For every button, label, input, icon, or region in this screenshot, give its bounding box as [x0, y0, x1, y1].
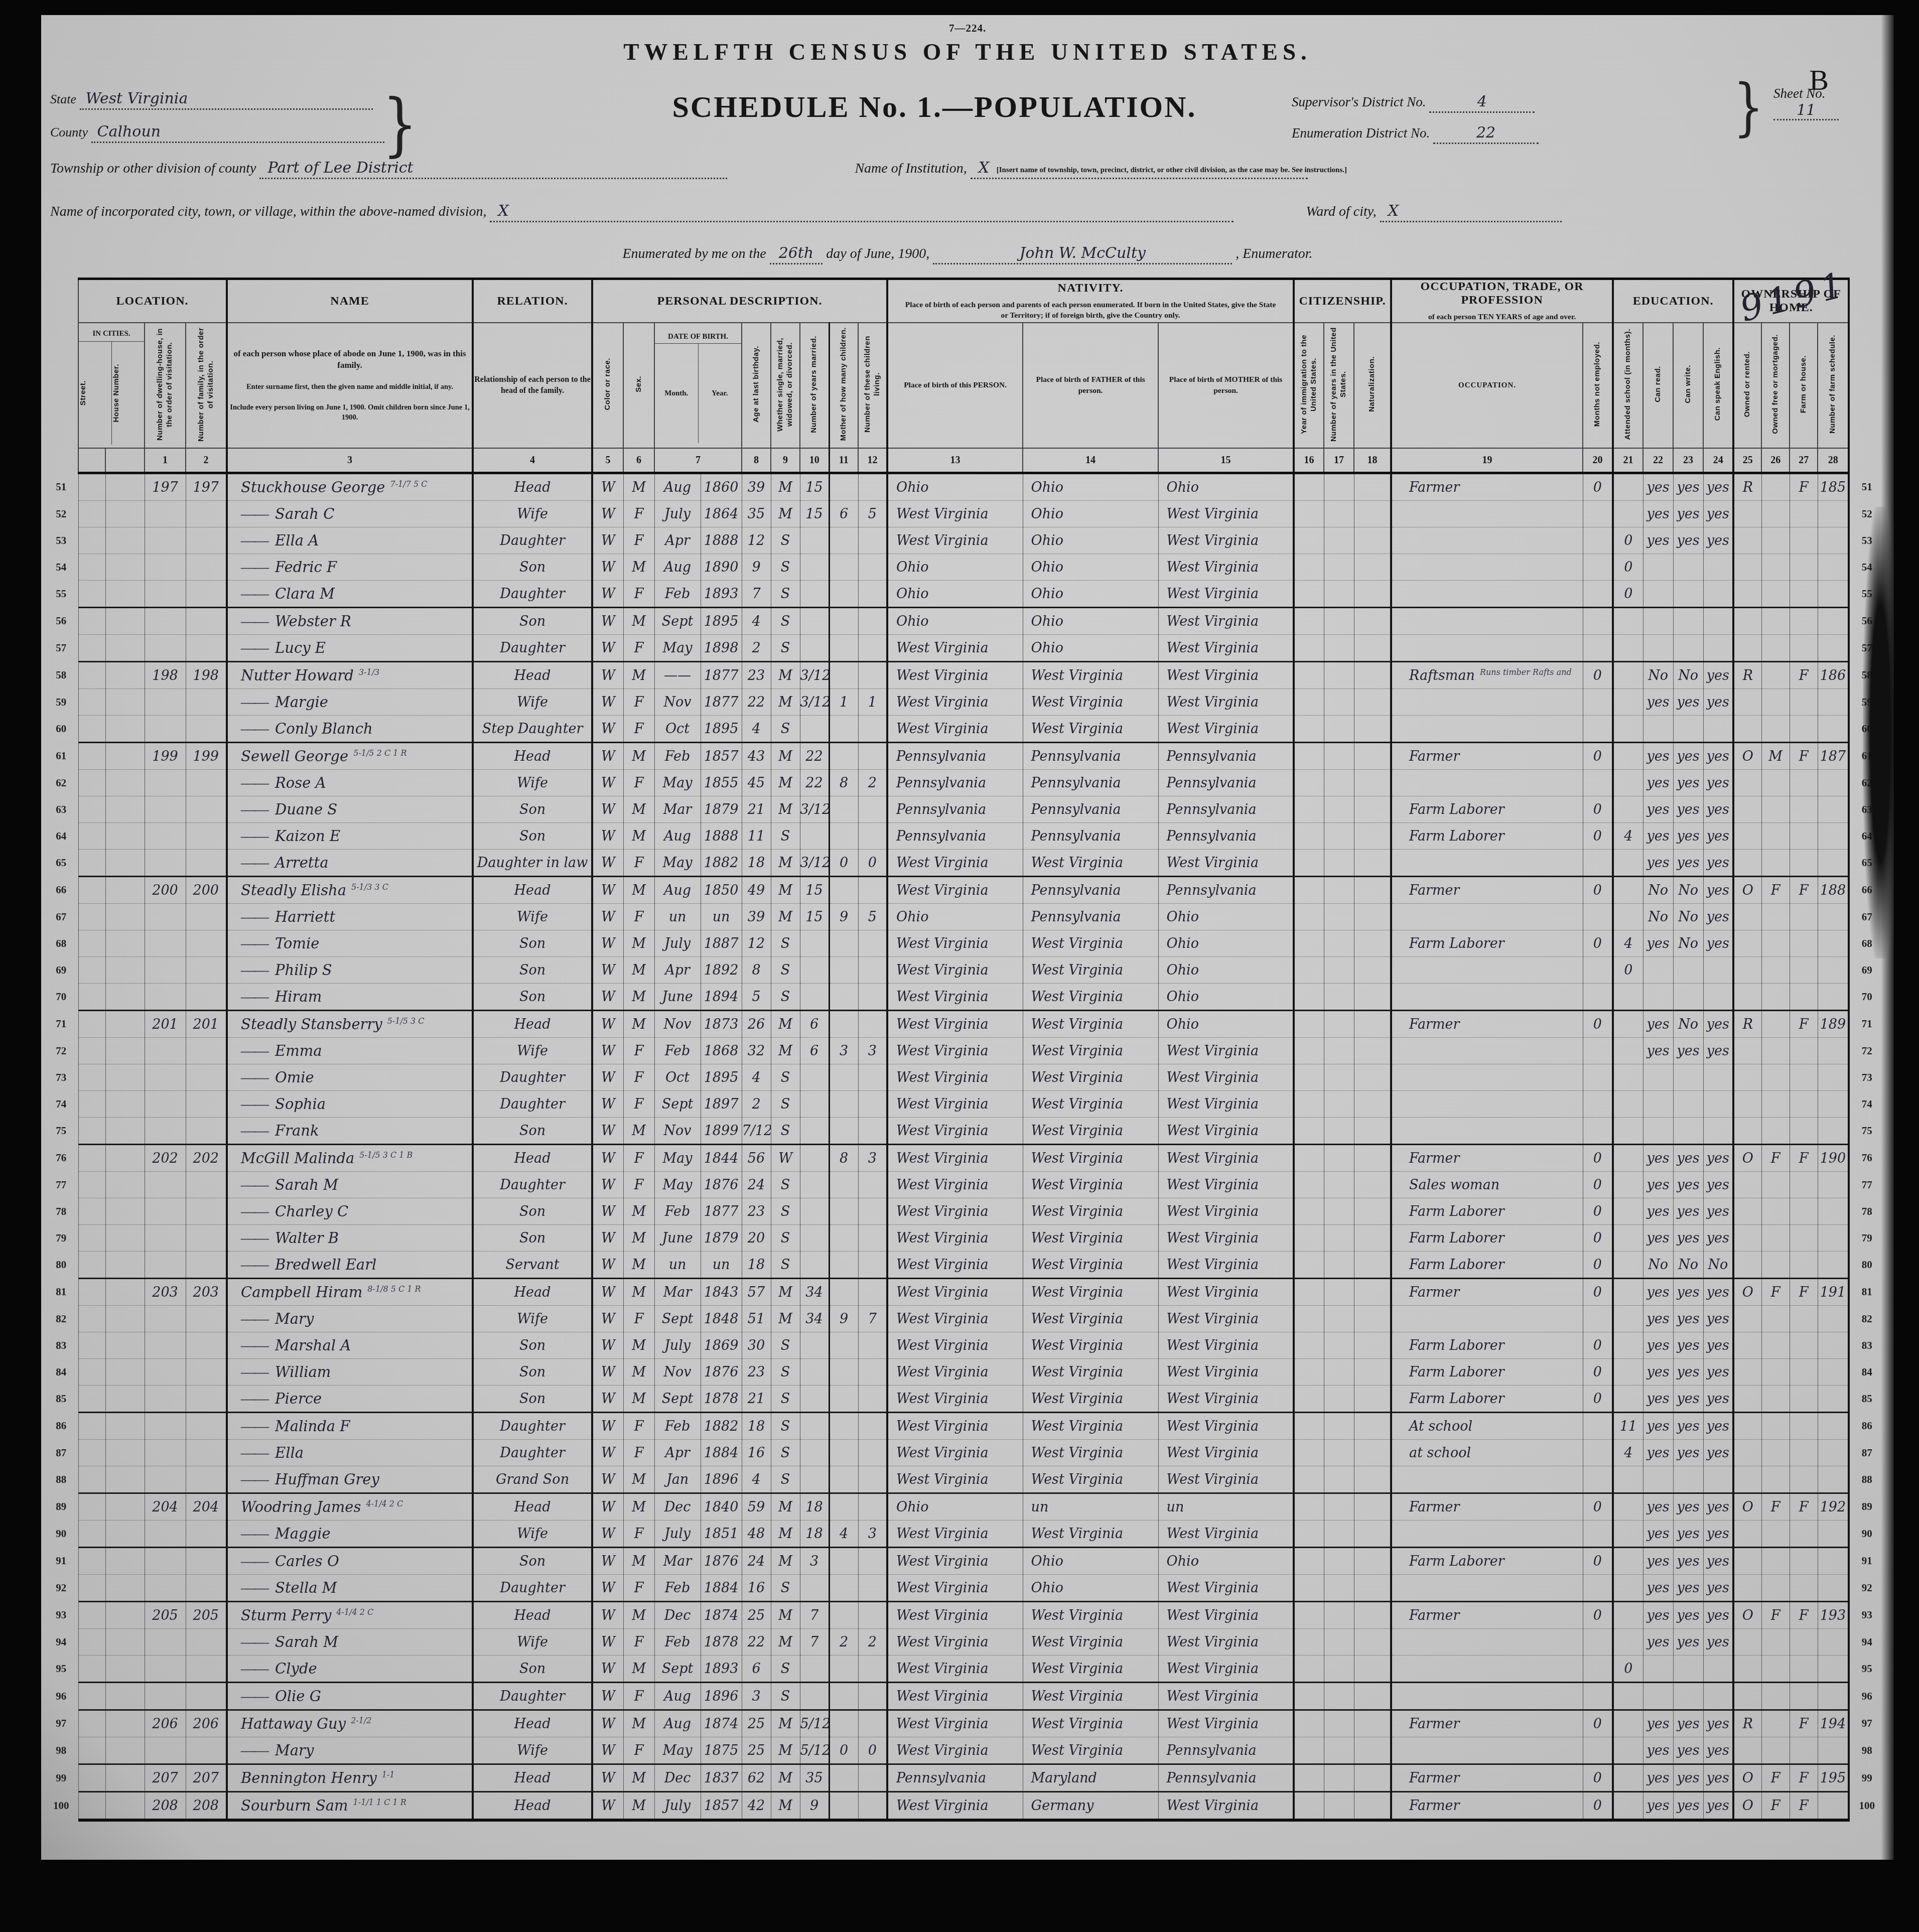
cell-o4 — [1818, 716, 1849, 743]
cell-yu — [1324, 1466, 1354, 1493]
cell-p3: West Virginia — [1158, 689, 1294, 716]
cell-wr: No — [1673, 930, 1703, 957]
cell-o1: O — [1733, 743, 1761, 770]
cell-ho — [105, 904, 145, 930]
cell-ho — [105, 1252, 145, 1279]
cell-lv — [858, 1764, 887, 1792]
cell-st — [78, 581, 105, 608]
cell-yr: 1876 — [701, 1548, 742, 1575]
cell-value: yes — [1707, 1716, 1729, 1732]
line-number: 71 — [44, 1011, 78, 1038]
cell-sc — [1613, 1466, 1643, 1493]
cell-value: S — [781, 721, 790, 737]
cell-dw — [145, 1521, 186, 1548]
cell-ch — [829, 1359, 858, 1386]
cell-p2: West Virginia — [1023, 1306, 1158, 1332]
cell-value: 1895 — [704, 614, 739, 629]
cell-value: yes — [1647, 1311, 1670, 1327]
cell-fm — [186, 1413, 227, 1440]
county-value: Calhoun — [91, 123, 384, 143]
cell-o3 — [1790, 984, 1818, 1011]
cell-o1 — [1733, 850, 1761, 877]
cell-mo: Feb — [654, 1575, 701, 1602]
cell-c: W — [592, 1521, 623, 1548]
cell-rl: Daughter — [473, 1683, 592, 1710]
cell-value: M — [632, 1204, 646, 1219]
cell-o1: O — [1733, 1602, 1761, 1629]
census-row: 76202202McGill Malinda5-1/5 3 C 1 BHeadW… — [44, 1145, 1884, 1172]
cell-value: 3 — [868, 1151, 877, 1166]
cell-rl: Daughter — [473, 527, 592, 554]
cell-value: 62 — [748, 1770, 765, 1786]
cell-s: F — [623, 1737, 654, 1764]
cell-o1 — [1733, 957, 1761, 984]
cell-oc: Farm Laborer — [1391, 1332, 1583, 1359]
cell-na — [1354, 930, 1391, 957]
person-name: Sourburn Sam — [241, 1797, 348, 1814]
cell-value: M — [778, 1798, 792, 1814]
cell-dw — [145, 930, 186, 957]
occupation-value: Farm Laborer — [1409, 1554, 1504, 1569]
cell-value: Oct — [665, 721, 690, 737]
cell-sc — [1613, 1091, 1643, 1118]
cell-fm — [186, 1655, 227, 1683]
cell-oc: Farm Laborer — [1391, 1359, 1583, 1386]
cell-im — [1294, 1198, 1324, 1225]
cell-p2: un — [1023, 1493, 1158, 1521]
cell-o4 — [1818, 1359, 1849, 1386]
cell-rd: yes — [1643, 1332, 1673, 1359]
cell-st — [78, 1359, 105, 1386]
cell-value: May — [663, 1177, 693, 1193]
cell-p2: West Virginia — [1023, 1655, 1158, 1683]
line-number-gutter — [44, 279, 78, 473]
cell-ho — [105, 1225, 145, 1252]
line-number: 82 — [1849, 1306, 1884, 1332]
cell-value: M — [778, 1043, 792, 1059]
cell-value: 0 — [1593, 1338, 1602, 1353]
person-name: Sturm Perry — [241, 1607, 331, 1624]
cell-p1: Ohio — [887, 608, 1023, 635]
cell-mu — [1583, 1466, 1613, 1493]
cell-p3: West Virginia — [1158, 1575, 1294, 1602]
cell-value: yes — [1707, 1043, 1729, 1059]
cell-mo: July — [654, 1332, 701, 1359]
cell-p1: West Virginia — [887, 716, 1023, 743]
cell-dw: 205 — [145, 1602, 186, 1629]
cell-value: 1884 — [704, 1445, 739, 1461]
cell-value: Son — [519, 1230, 545, 1246]
cell-value: yes — [1647, 1017, 1670, 1032]
cell-value: Son — [519, 936, 545, 951]
cell-value: 35 — [805, 1770, 823, 1786]
cell-nm: ——Lucy E — [227, 635, 473, 662]
cell-rd — [1643, 1064, 1673, 1091]
col-mother-of-children: Mother of how many children. — [829, 323, 858, 448]
cell-value: 186 — [1820, 668, 1846, 683]
cell-mu: 0 — [1583, 473, 1613, 501]
cell-value: M — [632, 962, 646, 978]
cell-ym — [800, 1252, 829, 1279]
cell-p2: Ohio — [1023, 635, 1158, 662]
cell-na — [1354, 662, 1391, 689]
cell-oc: RaftsmanRuns timber Rafts and — [1391, 662, 1583, 689]
col-family-number: Number of family, in the order of visita… — [186, 323, 227, 448]
census-row: 62——Rose AWifeWFMay185545M2282Pennsylvan… — [44, 770, 1884, 796]
cell-ms: M — [771, 501, 800, 527]
cell-en: yes — [1703, 1413, 1733, 1440]
line-number: 69 — [44, 957, 78, 984]
cell-value: 0 — [1624, 560, 1632, 575]
cell-mu — [1583, 501, 1613, 527]
cell-o4 — [1818, 1225, 1849, 1252]
cell-value: Daughter in law — [477, 855, 588, 871]
cell-rl: Son — [473, 984, 592, 1011]
cell-value: 1888 — [704, 829, 739, 844]
census-row: 60——Conly BlanchStep DaughterWFOct18954S… — [44, 716, 1884, 743]
cell-o3: F — [1790, 1493, 1818, 1521]
cell-value: West Virginia — [896, 1257, 988, 1273]
cell-value: F — [1799, 668, 1809, 683]
cell-ag: 3 — [742, 1683, 771, 1710]
cell-mo: Sept — [654, 1306, 701, 1332]
cell-p2: West Virginia — [1023, 1521, 1158, 1548]
sheet-number-value: 11 — [1773, 101, 1839, 120]
cell-p2: West Virginia — [1023, 1602, 1158, 1629]
cell-o2 — [1761, 1252, 1790, 1279]
cell-dw — [145, 1198, 186, 1225]
cell-sc — [1613, 743, 1643, 770]
cell-value: M — [632, 1257, 646, 1273]
cell-p2: West Virginia — [1023, 1145, 1158, 1172]
line-number: 63 — [44, 796, 78, 823]
cell-st — [78, 554, 105, 581]
cell-ym: 35 — [800, 1764, 829, 1792]
cell-s: F — [623, 1306, 654, 1332]
line-number: 70 — [44, 984, 78, 1011]
cell-value: yes — [1647, 1364, 1670, 1380]
cell-mo: June — [654, 1225, 701, 1252]
col-can-speak-english: Can speak English. — [1703, 323, 1733, 448]
cell-na — [1354, 1440, 1391, 1466]
cell-yu — [1324, 1548, 1354, 1575]
cell-ms: S — [771, 1655, 800, 1683]
cell-en: yes — [1703, 1493, 1733, 1521]
line-number: 86 — [44, 1413, 78, 1440]
occupation-value: Farm Laborer — [1409, 1230, 1504, 1246]
cell-ch — [829, 1602, 858, 1629]
cell-ym — [800, 957, 829, 984]
cell-value: M — [632, 936, 646, 951]
cell-value: West Virginia — [1167, 1608, 1259, 1623]
cell-value: S — [781, 1391, 790, 1407]
person-name: Bennington Henry — [241, 1769, 377, 1786]
cell-ch — [829, 1655, 858, 1683]
cell-ym — [800, 608, 829, 635]
cell-fm — [186, 1683, 227, 1710]
cell-wr: yes — [1673, 1629, 1703, 1655]
cell-o2: F — [1761, 877, 1790, 904]
cell-p1: West Virginia — [887, 1225, 1023, 1252]
cell-c: W — [592, 1064, 623, 1091]
cell-value: yes — [1677, 533, 1700, 548]
cell-yu — [1324, 1413, 1354, 1440]
cell-mu: 0 — [1583, 930, 1613, 957]
line-number: 69 — [1849, 957, 1884, 984]
cell-value: 202 — [193, 1151, 219, 1166]
cell-en: yes — [1703, 1225, 1733, 1252]
cell-o1 — [1733, 1548, 1761, 1575]
cell-value: West Virginia — [896, 506, 988, 522]
cell-ms: M — [771, 662, 800, 689]
cell-mu: 0 — [1583, 1792, 1613, 1821]
line-number: 98 — [1849, 1737, 1884, 1764]
cell-value: Ohio — [1031, 586, 1063, 602]
cell-oc: Farm Laborer — [1391, 796, 1583, 823]
cell-ym: 3/12 — [800, 662, 829, 689]
cell-ym: 7 — [800, 1602, 829, 1629]
cell-p2: West Virginia — [1023, 1038, 1158, 1064]
cell-value: 4 — [1624, 1445, 1632, 1461]
cell-o4 — [1818, 1306, 1849, 1332]
cell-st — [78, 1440, 105, 1466]
cell-p3: West Virginia — [1158, 635, 1294, 662]
cell-fm — [186, 1198, 227, 1225]
cell-oc: Farmer — [1391, 743, 1583, 770]
cell-oc — [1391, 1118, 1583, 1145]
cell-o1: O — [1733, 877, 1761, 904]
cell-st — [78, 1493, 105, 1521]
group-relation: RELATION. — [473, 279, 592, 323]
cell-yr: 1897 — [701, 1091, 742, 1118]
cell-value: un — [1031, 1499, 1049, 1515]
cell-ch — [829, 1413, 858, 1440]
occupation-value: Farm Laborer — [1409, 1364, 1504, 1380]
cell-value: un — [713, 1257, 730, 1273]
cell-value: West Virginia — [1167, 506, 1259, 522]
cell-value: 1876 — [704, 1364, 739, 1380]
cell-p2: West Virginia — [1023, 689, 1158, 716]
cell-value: M — [632, 1661, 646, 1677]
pencil-annotation: 5-1/3 3 C — [351, 882, 388, 892]
cell-oc — [1391, 554, 1583, 581]
cell-fm — [186, 635, 227, 662]
cell-value: West Virginia — [1167, 1391, 1259, 1407]
cell-p2: West Virginia — [1023, 1683, 1158, 1710]
cell-c: W — [592, 1225, 623, 1252]
cell-na — [1354, 823, 1391, 850]
cell-value: Head — [514, 480, 551, 495]
cell-ag: 18 — [742, 1252, 771, 1279]
cell-value: West Virginia — [1031, 1472, 1123, 1487]
cell-ms: S — [771, 1332, 800, 1359]
cell-s: M — [623, 1466, 654, 1493]
cell-mo: July — [654, 930, 701, 957]
cell-value: F — [634, 1070, 644, 1085]
cell-im — [1294, 823, 1324, 850]
person-name: McGill Malinda — [241, 1150, 354, 1167]
cell-dw: 197 — [145, 473, 186, 501]
cell-fm — [186, 1737, 227, 1764]
cell-value: 21 — [748, 1391, 765, 1407]
form-number: 7—224. — [41, 15, 1894, 35]
cell-rl: Grand Son — [473, 1466, 592, 1493]
cell-value: Ohio — [1031, 640, 1063, 656]
cell-im — [1294, 1038, 1324, 1064]
cell-value: 11 — [1620, 1419, 1637, 1434]
line-number: 93 — [1849, 1602, 1884, 1629]
cell-dw — [145, 581, 186, 608]
cell-o1 — [1733, 1413, 1761, 1440]
cell-value: 24 — [748, 1554, 765, 1569]
cell-value: West Virginia — [896, 1634, 988, 1650]
cell-na — [1354, 635, 1391, 662]
col-birthplace-mother: Place of birth of MOTHER of this person. — [1158, 323, 1294, 448]
cell-wr: yes — [1673, 1359, 1703, 1386]
person-name: Hiram — [275, 988, 322, 1005]
cell-ym — [800, 1413, 829, 1440]
cell-wr: yes — [1673, 1279, 1703, 1306]
cell-rl: Daughter — [473, 581, 592, 608]
cell-o3 — [1790, 501, 1818, 527]
cell-ho — [105, 1306, 145, 1332]
cell-value: No — [1648, 909, 1668, 925]
cell-value: 0 — [1593, 1204, 1602, 1219]
cell-value: yes — [1707, 480, 1729, 495]
cell-ym — [800, 1440, 829, 1466]
cell-na — [1354, 608, 1391, 635]
cell-value: 200 — [152, 883, 178, 898]
cell-ag: 18 — [742, 1413, 771, 1440]
cell-p1: West Virginia — [887, 1548, 1023, 1575]
cell-value: West Virginia — [896, 855, 988, 871]
cell-value: 0 — [1593, 1230, 1602, 1246]
cell-value: West Virginia — [896, 1608, 988, 1623]
cell-value: S — [781, 1338, 790, 1353]
cell-mu: 0 — [1583, 743, 1613, 770]
cell-ho — [105, 1172, 145, 1198]
cell-value: yes — [1707, 1554, 1729, 1569]
cell-en — [1703, 635, 1733, 662]
cell-value: 0 — [868, 1743, 877, 1758]
cell-wr: yes — [1673, 1225, 1703, 1252]
cell-value: West Virginia — [1167, 1661, 1259, 1677]
cell-p3: West Virginia — [1158, 1252, 1294, 1279]
cell-s: F — [623, 850, 654, 877]
cell-o3 — [1790, 1198, 1818, 1225]
cell-value: 56 — [748, 1151, 765, 1166]
cell-c: W — [592, 930, 623, 957]
cell-fm — [186, 1466, 227, 1493]
cell-value: yes — [1647, 1285, 1670, 1300]
cell-value: 208 — [193, 1798, 219, 1814]
cell-oc: Farm Laborer — [1391, 1225, 1583, 1252]
cell-mu — [1583, 608, 1613, 635]
cell-yr: 1860 — [701, 473, 742, 501]
cell-p2: West Virginia — [1023, 1332, 1158, 1359]
cell-ym — [800, 716, 829, 743]
cell-sc: 4 — [1613, 1440, 1643, 1466]
cell-rd — [1643, 1466, 1673, 1493]
cell-mu: 0 — [1583, 1252, 1613, 1279]
cell-ag: 21 — [742, 1386, 771, 1413]
line-number: 68 — [44, 930, 78, 957]
group-personal-description: PERSONAL DESCRIPTION. — [592, 279, 887, 323]
cell-value: S — [781, 1204, 790, 1219]
cell-c: W — [592, 1145, 623, 1172]
cell-na — [1354, 1683, 1391, 1710]
cell-en: yes — [1703, 1332, 1733, 1359]
occupation-value: Farmer — [1409, 1608, 1459, 1623]
cell-p3: West Virginia — [1158, 1602, 1294, 1629]
cell-value: 205 — [193, 1608, 219, 1623]
cell-value: Pennsylvania — [1167, 883, 1257, 898]
cell-value: 1896 — [704, 1689, 739, 1704]
cell-value: yes — [1707, 1017, 1729, 1032]
cell-value: yes — [1707, 1445, 1729, 1461]
cell-o1 — [1733, 1332, 1761, 1359]
cell-value: May — [663, 640, 693, 656]
cell-value: 5 — [752, 989, 760, 1005]
cell-value: West Virginia — [896, 1743, 988, 1758]
cell-yu — [1324, 1386, 1354, 1413]
cell-value: W — [601, 1689, 615, 1704]
col-sex: Sex. — [623, 323, 654, 448]
cell-value: O — [1742, 749, 1753, 764]
cell-nm: ——Huffman Grey — [227, 1466, 473, 1493]
cell-rd: yes — [1643, 770, 1673, 796]
cell-ms: M — [771, 1521, 800, 1548]
cell-ag: 24 — [742, 1172, 771, 1198]
cell-p2: West Virginia — [1023, 1172, 1158, 1198]
cell-value: Dec — [664, 1608, 691, 1623]
cell-ch — [829, 1118, 858, 1145]
cell-rl: Son — [473, 823, 592, 850]
cell-lv: 0 — [858, 850, 887, 877]
cell-fm — [186, 1548, 227, 1575]
cell-o3 — [1790, 1386, 1818, 1413]
cell-ho — [105, 1792, 145, 1821]
col-attended-school: Attended school (in months). — [1613, 323, 1643, 448]
cell-value: Wife — [517, 1743, 548, 1758]
cell-value: Wife — [517, 506, 548, 522]
cell-rd: yes — [1643, 1737, 1673, 1764]
cell-value: O — [1742, 1151, 1753, 1166]
cell-value: yes — [1677, 1499, 1700, 1515]
cell-ms: S — [771, 1413, 800, 1440]
cell-value: Sept — [662, 1096, 694, 1112]
group-location: LOCATION. — [78, 279, 227, 323]
cell-value: 0 — [1593, 1391, 1602, 1407]
cell-value: Ohio — [896, 614, 928, 629]
cell-yr: 1882 — [701, 1413, 742, 1440]
cell-oc — [1391, 1466, 1583, 1493]
census-row: 75——FrankSonWMNov18997/12SWest VirginiaW… — [44, 1118, 1884, 1145]
cell-ch: 3 — [829, 1038, 858, 1064]
cell-fm: 200 — [186, 877, 227, 904]
cell-value: West Virginia — [896, 1391, 988, 1407]
cell-value: Feb — [665, 749, 691, 764]
line-number: 61 — [44, 743, 78, 770]
person-name: Hattaway Guy — [241, 1715, 346, 1732]
cell-st — [78, 1710, 105, 1737]
cell-oc — [1391, 1521, 1583, 1548]
cell-value: 193 — [1820, 1608, 1846, 1623]
cell-p2: West Virginia — [1023, 930, 1158, 957]
cell-value: 1898 — [704, 640, 739, 656]
cell-mo: Oct — [654, 1064, 701, 1091]
cell-rl: Son — [473, 608, 592, 635]
